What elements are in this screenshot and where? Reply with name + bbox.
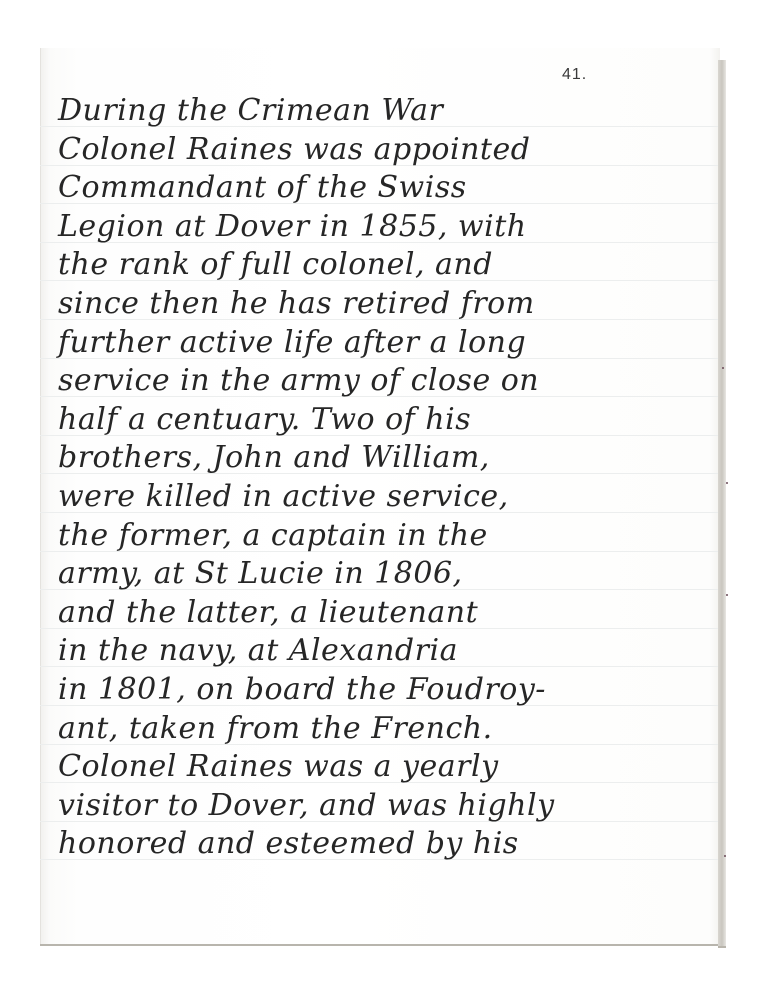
page-stack-edge: [718, 60, 726, 948]
text-line: army, at St Lucie in 1806,: [58, 555, 718, 594]
text-line: Commandant of the Swiss: [58, 169, 718, 208]
text-line: in 1801, on board the Foudroy-: [58, 671, 718, 710]
text-line: brothers, John and William,: [58, 439, 718, 478]
margin-mark: [724, 855, 726, 857]
margin-mark: [726, 482, 728, 484]
text-line: the rank of full colonel, and: [58, 246, 718, 285]
text-line: further active life after a long: [58, 324, 718, 363]
handwritten-text-block: During the Crimean War Colonel Raines wa…: [58, 92, 718, 864]
text-line: Colonel Raines was a yearly: [58, 748, 718, 787]
text-line: half a centuary. Two of his: [58, 401, 718, 440]
text-line: in the navy, at Alexandria: [58, 632, 718, 671]
page-number: 41.: [562, 66, 587, 84]
text-line: since then he has retired from: [58, 285, 718, 324]
margin-mark: [722, 367, 724, 369]
text-line: honored and esteemed by his: [58, 825, 718, 864]
text-line: Colonel Raines was appointed: [58, 131, 718, 170]
margin-mark: [726, 594, 728, 596]
text-line: were killed in active service,: [58, 478, 718, 517]
text-line: and the latter, a lieutenant: [58, 594, 718, 633]
text-line: During the Crimean War: [58, 92, 718, 131]
text-line: Legion at Dover in 1855, with: [58, 208, 718, 247]
text-line: ant, taken from the French.: [58, 710, 718, 749]
text-line: visitor to Dover, and was highly: [58, 787, 718, 826]
text-line: service in the army of close on: [58, 362, 718, 401]
text-line: the former, a captain in the: [58, 517, 718, 556]
